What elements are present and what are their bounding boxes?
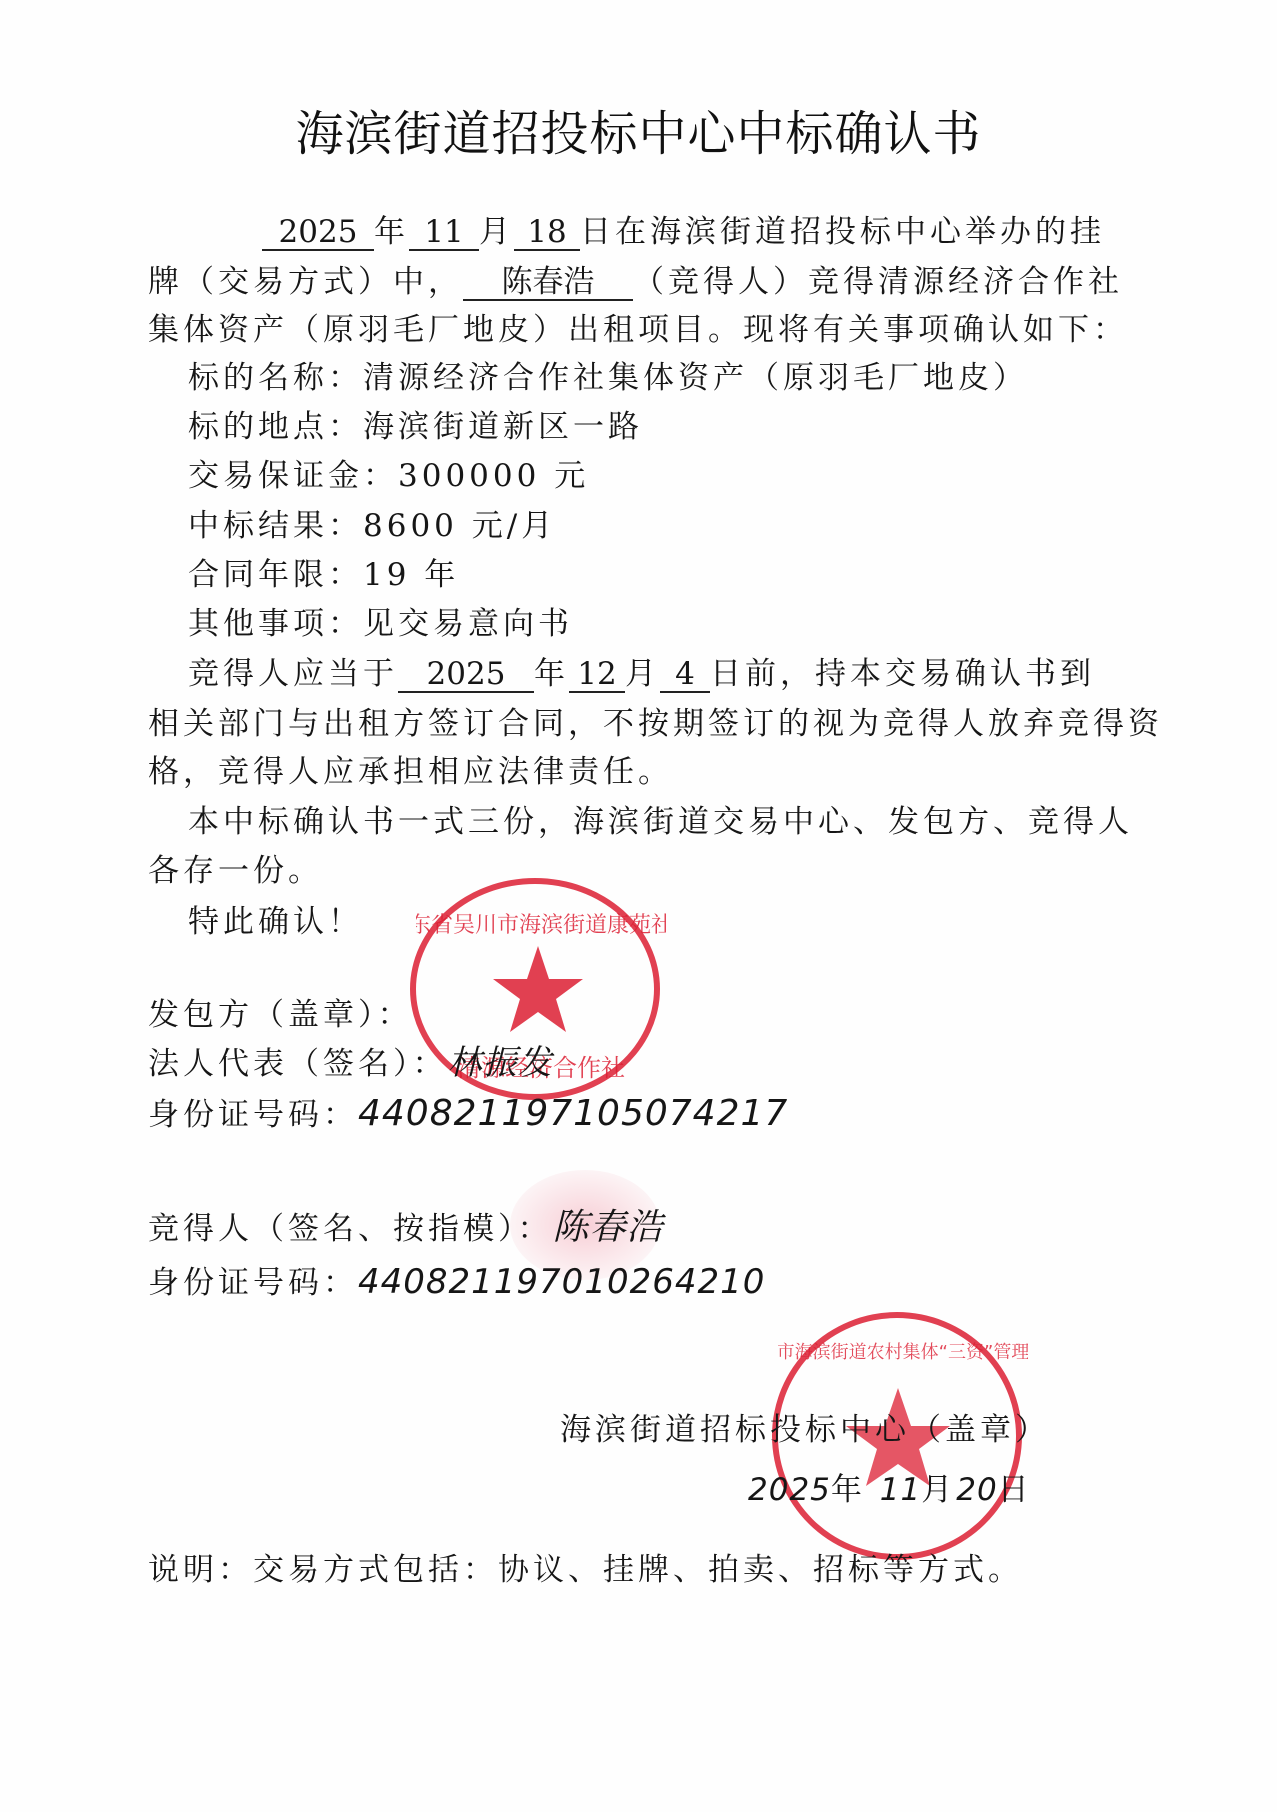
deadline-month-suffix: 月 (625, 656, 660, 692)
legal-rep-line: 法人代表（签名）：林振发 (148, 1043, 553, 1084)
item-subject-location: 标的地点：海滨街道新区一路 (188, 407, 643, 447)
deadline-rest: 日前，持本交易确认书到 (710, 656, 1095, 692)
center-date-year: 2025 (748, 1472, 831, 1508)
item-value: 8600 元/月 (363, 508, 556, 544)
item-contract-term: 合同年限：19 年 (188, 555, 459, 595)
item-other-matters: 其他事项：见交易意向书 (188, 604, 573, 644)
center-date-day: 20 (956, 1472, 997, 1508)
issuer-id-line: 身份证号码：440821197105074217 (148, 1094, 788, 1135)
item-bid-result: 中标结果：8600 元/月 (188, 506, 556, 546)
deadline-line-2: 相关部门与出租方签订合同，不按期签订的视为竞得人放弃竞得资 (148, 704, 1163, 744)
item-label: 合同年限： (188, 557, 363, 593)
item-label: 标的名称： (188, 360, 363, 396)
center-label: 海滨街道招标投标中心（盖章） (560, 1410, 1050, 1450)
deadline-day: 4 (660, 657, 710, 693)
issuer-id-number: 440821197105074217 (358, 1093, 788, 1134)
item-value: 300000 元 (398, 458, 589, 494)
copies-line-1: 本中标确认书一式三份，海滨街道交易中心、发包方、竞得人 (188, 802, 1133, 842)
intro-line-2: 牌（交易方式）中，陈春浩（竞得人）竞得清源经济合作社 (148, 262, 1123, 302)
legal-rep-signature: 林振发 (448, 1043, 553, 1083)
winner-name: 陈春浩 (463, 265, 633, 301)
item-value: 见交易意向书 (363, 606, 573, 642)
intro-line-1: 2025年11月18日在海滨街道招投标中心举办的挂 (262, 212, 1105, 252)
copies-line-2: 各存一份。 (148, 851, 323, 891)
deadline-month: 12 (569, 657, 625, 693)
winner-id-label: 身份证号码： (148, 1265, 358, 1301)
winner-id-line: 身份证号码：440821197010264210 (148, 1262, 765, 1303)
winner-id-number: 440821197010264210 (358, 1262, 765, 1302)
intro-day: 18 (514, 215, 580, 251)
intro-line1-rest: 日在海滨街道招投标中心举办的挂 (580, 214, 1105, 250)
item-label: 其他事项： (188, 606, 363, 642)
center-date-month-suffix: 月 (921, 1472, 956, 1508)
item-value: 清源经济合作社集体资产（原羽毛厂地皮） (363, 360, 1028, 396)
center-date-year-suffix: 年 (831, 1472, 866, 1508)
intro-month: 11 (409, 215, 479, 251)
item-value: 19 年 (363, 557, 459, 593)
center-stamp-ring-text: 吴川市海滨街道农村集体“三资”管理中心 (778, 1342, 1028, 1363)
deadline-prefix: 竞得人应当于 (188, 656, 398, 692)
center-date-month: 11 (880, 1472, 921, 1508)
intro-month-suffix: 月 (479, 214, 514, 250)
winner-signature: 陈春浩 (553, 1207, 664, 1248)
issuer-id-label: 身份证号码： (148, 1097, 358, 1133)
center-date-day-suffix: 日 (998, 1472, 1033, 1508)
item-label: 交易保证金： (188, 458, 398, 494)
issuer-stamp-ring-text: 广东省吴川市海滨街道康苑社区 (416, 913, 666, 938)
deadline-year-suffix: 年 (534, 656, 569, 692)
winner-sign-line: 竞得人（签名、按指模）：陈春浩 (148, 1208, 664, 1249)
legal-rep-label: 法人代表（签名）： (148, 1046, 448, 1082)
winner-sign-label: 竞得人（签名、按指模）： (148, 1211, 553, 1247)
item-label: 中标结果： (188, 508, 363, 544)
issuer-label: 发包方（盖章）： (148, 995, 413, 1035)
item-deposit: 交易保证金：300000 元 (188, 456, 589, 496)
intro-line2-prefix: 牌（交易方式）中， (148, 264, 463, 300)
item-value: 海滨街道新区一路 (363, 409, 643, 445)
deadline-year: 2025 (398, 657, 534, 693)
intro-year: 2025 (262, 215, 374, 251)
deadline-line-3: 格，竞得人应承担相应法律责任。 (148, 752, 673, 792)
item-subject-name: 标的名称：清源经济合作社集体资产（原羽毛厂地皮） (188, 358, 1028, 398)
footnote: 说明：交易方式包括：协议、挂牌、拍卖、招标等方式。 (148, 1550, 1023, 1590)
intro-line2-rest: （竞得人）竞得清源经济合作社 (633, 264, 1123, 300)
page-title: 海滨街道招投标中心中标确认书 (0, 95, 1277, 164)
intro-year-suffix: 年 (374, 214, 409, 250)
center-date: 2025年 11月20日 (748, 1470, 1033, 1510)
confirm-text: 特此确认！ (188, 902, 363, 942)
intro-line-3: 集体资产（原羽毛厂地皮）出租项目。现将有关事项确认如下： (148, 310, 1128, 350)
deadline-line-1: 竞得人应当于2025年12月4日前，持本交易确认书到 (188, 654, 1095, 694)
item-label: 标的地点： (188, 409, 363, 445)
